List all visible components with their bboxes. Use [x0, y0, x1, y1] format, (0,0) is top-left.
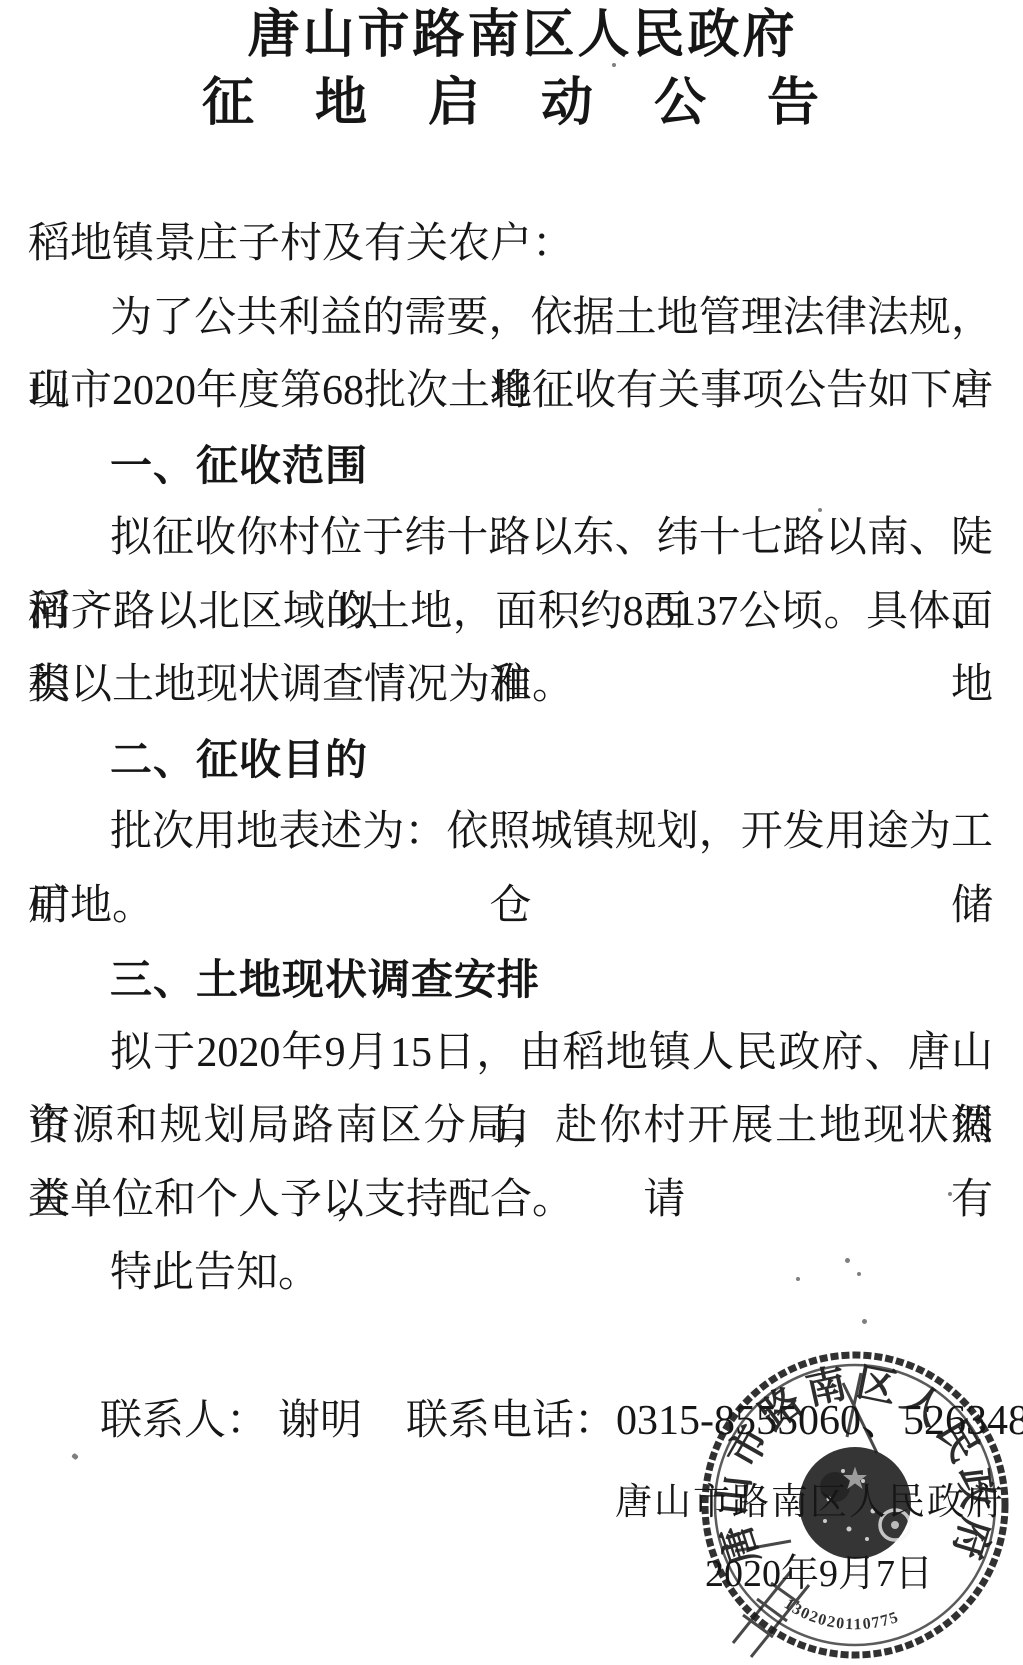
contact-person-name: 谢明: [278, 1398, 362, 1444]
scan-noise-speck: [857, 1272, 861, 1276]
body-line: 稻齐路以北区域的土地，面积约8.5137公顷。具体面积和地: [28, 576, 993, 650]
salutation: 稻地镇景庄子村及有关农户：: [28, 208, 993, 282]
contact-phone-label: 联系电话：: [406, 1398, 616, 1444]
scan-noise-speck: [796, 1277, 800, 1281]
document-title: 唐山市路南区人民政府 征 地 启 动 公 告: [0, 6, 1023, 136]
signature-org: 唐山市路南区人民政府: [585, 1480, 1005, 1526]
scan-noise-speck: [612, 63, 616, 67]
scan-noise-speck: [845, 1258, 850, 1263]
body-line: 二、征收目的: [28, 723, 993, 797]
contact-person-label: 联系人：: [100, 1398, 268, 1444]
scan-noise-speck: [862, 1319, 867, 1324]
document-body: 稻地镇景庄子村及有关农户： 为了公共利益的需要，依据土地管理法律法规，现将唐山市…: [28, 208, 993, 1311]
scan-noise-speck: [818, 508, 822, 512]
body-line: 为了公共利益的需要，依据土地管理法律法规，现将唐: [28, 282, 993, 356]
body-line: 拟征收你村位于纬十路以东、纬十七路以南、陡河以西、: [28, 502, 993, 576]
body-line: 一、征收范围: [28, 429, 993, 503]
body-line: 特此告知。: [28, 1237, 993, 1311]
body-line: 三、土地现状调查安排: [28, 943, 993, 1017]
body-line: 批次用地表述为：依照城镇规划，开发用途为工矿仓储: [28, 796, 993, 870]
body-line: 拟于2020年9月15日，由稻地镇人民政府、唐山市自然: [28, 1017, 993, 1091]
document-page: 唐山市路南区人民政府 征 地 启 动 公 告 稻地镇景庄子村及有关农户： 为了公…: [0, 0, 1023, 1665]
title-line-1: 唐山市路南区人民政府: [22, 6, 1023, 66]
body-line: 山市2020年度第68批次土地征收有关事项公告如下：: [28, 355, 993, 429]
contact-phone-numbers: 0315-8555060、5263488: [616, 1398, 1023, 1444]
signature-block: 唐山市路南区人民政府 2020年9月7日: [585, 1480, 1005, 1596]
signature-date: 2020年9月7日: [585, 1552, 1005, 1596]
title-line-2: 征 地 启 动 公 告: [22, 72, 1023, 136]
scan-noise-speck: [948, 1192, 952, 1196]
body-line: 资源和规划局路南区分局，赴你村开展土地现状调查，请有: [28, 1090, 993, 1164]
contact-line: 联系人：谢明联系电话：0315-8555060、5263488: [28, 1385, 1023, 1459]
